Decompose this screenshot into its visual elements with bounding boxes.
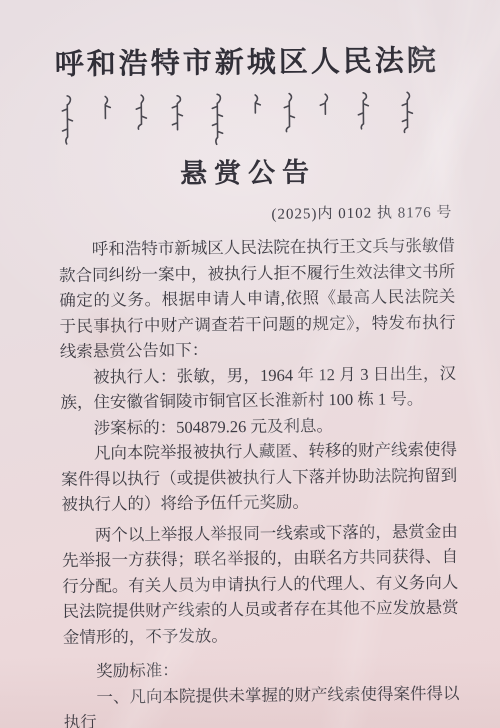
notice-title: 悬赏公告	[0, 148, 498, 192]
reward-clause-paragraph: 凡向本院举报被执行人藏匿、转移的财产线索使得案件得以执行（或提供被执行人下落并协…	[61, 437, 458, 518]
mongolian-script-row	[57, 89, 438, 147]
subject-person-paragraph: 被执行人：张敏，男，1964 年 12 月 3 日出生，汉族，住安徽省铜陵市铜官…	[60, 360, 457, 415]
reward-standard-item-1: 一、凡向本院提供未掌握的财产线索使得案件得以执行	[63, 680, 460, 728]
mongolian-glyphs	[62, 92, 413, 146]
distribution-clause-paragraph: 两个以上举报人举报同一线索或下落的，悬赏金由先举报一方获得；联名举报的，由联名方…	[62, 518, 459, 650]
notice-body: 呼和浩特市新城区人民法院在执行王文兵与张敏借款合同纠纷一案中，被执行人拒不履行生…	[59, 233, 460, 728]
case-number: (2025)内 0102 执 8176 号	[0, 201, 453, 227]
court-name-heading: 呼和浩特市新城区人民法院	[0, 37, 497, 83]
document-photo: 呼和浩特市新城区人民法院 悬赏公告 (2025)内 0102 执 8176 号 …	[0, 0, 500, 728]
paper-content: 呼和浩特市新城区人民法院 悬赏公告 (2025)内 0102 执 8176 号 …	[0, 0, 500, 728]
intro-paragraph: 呼和浩特市新城区人民法院在执行王文兵与张敏借款合同纠纷一案中，被执行人拒不履行生…	[59, 233, 456, 365]
